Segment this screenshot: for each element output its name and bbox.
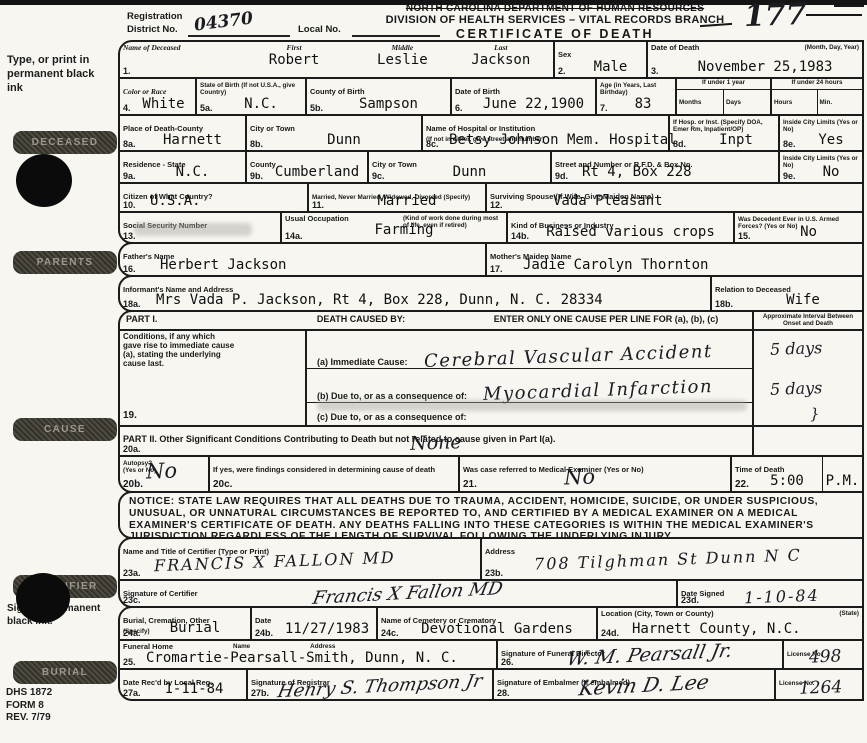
number: 8a. bbox=[123, 139, 136, 149]
number: 25. bbox=[123, 657, 136, 667]
field-embalmer-license-no: License No. 1264 bbox=[774, 670, 862, 699]
field-certifier-signature: Signature of Certifier Francis X Fallon … bbox=[120, 581, 676, 606]
value: Robert bbox=[269, 52, 320, 68]
field-citizen-of-country: Citizen of What Country? U.S.A. 10. bbox=[120, 184, 307, 211]
number: 16. bbox=[123, 264, 136, 274]
value: Farming bbox=[374, 222, 433, 238]
field-registrar-signature: Signature of Registrar Henry S. Thompson… bbox=[246, 670, 492, 699]
tab-deceased: DECEASED bbox=[13, 131, 117, 154]
value: Harnett County, N.C. bbox=[632, 621, 801, 637]
number: 18a. bbox=[123, 299, 141, 309]
value: No bbox=[800, 224, 817, 240]
value: No bbox=[564, 464, 596, 489]
middle-name-col: Middle Leslie bbox=[353, 44, 451, 68]
label: (a) Immediate Cause: bbox=[317, 357, 408, 367]
field-informant: Informant's Name and Address Mrs Vada P.… bbox=[120, 277, 710, 310]
field-kind-of-business: Kind of Business or Industry Raised vari… bbox=[506, 213, 733, 242]
form-code: DHS 1872 FORM 8 REV. 7/79 bbox=[6, 687, 52, 725]
value: 708 Tilghman St Dunn N C bbox=[534, 545, 802, 573]
field-street-number: Street and Number or R.F.D. & Box No. Rt… bbox=[550, 152, 778, 182]
cause-line-b: (b) Due to, or as a consequence of: Myoc… bbox=[307, 369, 752, 403]
signature: Kevin D. Lee bbox=[577, 670, 711, 701]
cause-lines: (a) Immediate Cause: Cerebral Vascular A… bbox=[305, 331, 752, 425]
pen-mark bbox=[834, 5, 864, 7]
pen-brace: } bbox=[810, 405, 820, 423]
value: November 25,1983 bbox=[698, 59, 833, 75]
conditions-note-cell: Conditions, if any which gave rise to im… bbox=[120, 331, 305, 425]
number: 5a. bbox=[200, 103, 213, 113]
label: Date of Death bbox=[651, 44, 699, 52]
field-mothers-maiden-name: Mother's Maiden Name Jadie Carolyn Thorn… bbox=[485, 244, 862, 275]
value: Leslie bbox=[377, 52, 428, 68]
part1-title: PART I. bbox=[126, 314, 256, 327]
number: 14b. bbox=[511, 231, 529, 241]
field-county-of-birth: County of Birth Sampson 5b. bbox=[305, 79, 450, 114]
section-burial: Burial, Cremation, Other (Specify) Buria… bbox=[118, 606, 864, 701]
sublabel: Days bbox=[726, 99, 741, 106]
field-certifier-address: Address 708 Tilghman St Dunn N C 23b. bbox=[480, 539, 862, 579]
number: 21. bbox=[463, 479, 477, 490]
sublabel: Months bbox=[679, 99, 701, 106]
label: (c) Due to, or as a consequence of: bbox=[317, 412, 467, 422]
field-date-received-local-registrar: Date Rec'd by Local Reg. 1-11-84 27a. bbox=[120, 670, 246, 699]
sublabel: Min. bbox=[820, 99, 833, 106]
type-note: Type, or print in permanent black ink bbox=[7, 54, 107, 95]
field-autopsy: Autopsy? (Yes or No) No 20b. bbox=[120, 457, 208, 491]
interval-header: Approximate Interval Between Onset and D… bbox=[752, 312, 862, 329]
sublabel: (State) bbox=[839, 610, 859, 617]
sublabel: Middle bbox=[392, 44, 414, 52]
value: Rt 4, Box 228 bbox=[582, 164, 692, 180]
form-code-line: DHS 1872 bbox=[6, 687, 52, 700]
field-fathers-name: Father's Name Herbert Jackson 16. bbox=[120, 244, 485, 275]
tab-cause: CAUSE bbox=[13, 418, 117, 441]
field-social-security-number: Social Security Number 13. bbox=[120, 213, 280, 242]
field-hospital-status: If Hosp. or Inst. (Specify DOA, Emer Rm,… bbox=[668, 116, 778, 150]
number: 4. bbox=[123, 103, 131, 113]
field-part2-conditions: PART II. Other Significant Conditions Co… bbox=[120, 427, 752, 455]
value: No bbox=[146, 458, 178, 483]
field-residence-city: City or Town Dunn 9c. bbox=[367, 152, 550, 182]
number: 28. bbox=[497, 688, 510, 698]
number: 9b. bbox=[250, 171, 263, 181]
number: 8e. bbox=[783, 139, 796, 149]
value: Jadie Carolyn Thornton bbox=[523, 257, 708, 273]
number: 8d. bbox=[673, 139, 686, 149]
field-color-or-race: Color or Race White 4. bbox=[120, 79, 195, 114]
field-residence-state: Residence - State N.C. 9a. bbox=[120, 152, 245, 182]
value: 1-10-84 bbox=[744, 586, 820, 608]
value: Devotional Gardens bbox=[421, 621, 573, 637]
field-state-of-birth: State of Birth (If not U.S.A., give Coun… bbox=[195, 79, 305, 114]
value: Sampson bbox=[359, 96, 418, 112]
field-funeral-home: Funeral Home Name Address Cromartie-Pear… bbox=[120, 641, 496, 668]
number: 27a. bbox=[123, 688, 141, 698]
field-burial-type: Burial, Cremation, Other (Specify) Buria… bbox=[120, 608, 250, 639]
value: Mrs Vada P. Jackson, Rt 4, Box 228, Dunn… bbox=[156, 292, 603, 308]
number: 23c. bbox=[123, 595, 141, 605]
part1-header: PART I. DEATH CAUSED BY: ENTER ONLY ONE … bbox=[120, 312, 752, 329]
number: 24d. bbox=[601, 628, 619, 638]
value: 498 bbox=[808, 646, 841, 667]
hole-punch-dot-bottom bbox=[16, 573, 70, 623]
field-inside-city-limits-residence: Inside City Limits (Yes or No) No 9e. bbox=[778, 152, 862, 182]
field-armed-forces: Was Decedent Ever in U.S. Armed Forces? … bbox=[733, 213, 862, 242]
label: Conditions, if any which gave rise to im… bbox=[123, 333, 235, 369]
number: 23d. bbox=[681, 595, 699, 605]
number: 20b. bbox=[123, 479, 143, 490]
field-hospital: Name of Hospital or Institution (If not … bbox=[421, 116, 668, 150]
field-cemetery-name: Name of Cemetery or Crematory Devotional… bbox=[376, 608, 596, 639]
value: Dunn bbox=[327, 132, 361, 148]
number: 3. bbox=[651, 66, 659, 76]
medical-examiner-notice: NOTICE: STATE LAW REQUIRES THAT ALL DEAT… bbox=[129, 496, 853, 539]
field-if-under-1-year: If under 1 year Months Days bbox=[675, 79, 770, 114]
value: Wife bbox=[786, 292, 820, 308]
field-medical-examiner-referral: Was case referred to Medical Examiner (Y… bbox=[458, 457, 730, 491]
cause-line-a: (a) Immediate Cause: Cerebral Vascular A… bbox=[307, 331, 752, 369]
field-director-license-no: License No. 498 bbox=[782, 641, 862, 668]
certificate-form: Name of Deceased First Robert Middle Les… bbox=[118, 40, 864, 701]
tab-parents: PARENTS bbox=[13, 251, 117, 274]
subcell-min: Min. bbox=[817, 90, 863, 114]
number: 23a. bbox=[123, 568, 141, 578]
label: Was case referred to Medical Examiner (Y… bbox=[463, 466, 644, 474]
label: Location (City, Town or County) bbox=[601, 610, 714, 618]
label: Sex bbox=[558, 51, 571, 59]
number: 9a. bbox=[123, 171, 136, 181]
form-code-line: REV. 7/79 bbox=[6, 712, 52, 725]
field-place-city-or-town: City or Town Dunn 8b. bbox=[245, 116, 421, 150]
value: Raised various crops bbox=[546, 224, 715, 240]
field-if-under-24-hours: If under 24 hours Hours Min. bbox=[770, 79, 862, 114]
value: Cromartie-Pearsall-Smith, Dunn, N. C. bbox=[146, 650, 458, 666]
sublabel: Last bbox=[494, 44, 507, 52]
signature: W. M. Pearsall Jr. bbox=[565, 640, 735, 671]
number: 13. bbox=[123, 231, 136, 241]
district-no-handwritten: 04370 bbox=[193, 8, 254, 35]
value: 11/27/1983 bbox=[285, 621, 369, 637]
number: 5b. bbox=[310, 103, 323, 113]
value: N.C. bbox=[244, 96, 278, 112]
field-embalmer-signature: Signature of Embalmer (If embalmed) Kevi… bbox=[492, 670, 774, 699]
section-deceased: Name of Deceased First Robert Middle Les… bbox=[118, 40, 864, 244]
field-date-of-birth: Date of Birth June 22,1900 6. bbox=[450, 79, 595, 114]
field-usual-occupation: Usual Occupation (Kind of work done duri… bbox=[280, 213, 506, 242]
label: If yes, were findings considered in dete… bbox=[213, 466, 435, 474]
number: 6. bbox=[455, 103, 463, 113]
value: Cerebral Vascular Accident bbox=[423, 341, 712, 372]
label: If under 1 year bbox=[677, 79, 770, 86]
value: Yes bbox=[818, 132, 843, 148]
field-date-of-death: Date of Death (Month, Day, Year) Novembe… bbox=[646, 42, 862, 77]
number: 20c. bbox=[213, 479, 232, 490]
district-no-label: District No. bbox=[127, 24, 178, 35]
number: 9c. bbox=[372, 171, 385, 181]
part1-caused-by: DEATH CAUSED BY: bbox=[256, 314, 466, 327]
cause-line-c: (c) Due to, or as a consequence of: bbox=[307, 403, 752, 423]
field-residence-county: County Cumberland 9b. bbox=[245, 152, 367, 182]
field-sex: Sex Male 2. bbox=[553, 42, 646, 77]
value: Cumberland bbox=[275, 164, 359, 180]
subcell-months: Months bbox=[677, 90, 723, 114]
time-value-subcell: Time of Death 5:00 22. bbox=[732, 457, 822, 491]
field-findings-considered: If yes, were findings considered in dete… bbox=[208, 457, 458, 491]
number: 8b. bbox=[250, 139, 263, 149]
registration-label: Registration bbox=[127, 11, 182, 22]
number: 24a. bbox=[123, 628, 141, 638]
field-marital-status: Married, Never Married, Widowed, Divorce… bbox=[307, 184, 485, 211]
interval-empty bbox=[752, 427, 862, 455]
number: 20a. bbox=[123, 444, 141, 454]
subcell-hours: Hours bbox=[772, 90, 817, 114]
field-surviving-spouse: Surviving Spouse (If Wife, Give Maiden N… bbox=[485, 184, 862, 211]
number: 9d. bbox=[555, 171, 568, 181]
value: No bbox=[823, 164, 840, 180]
number: 22. bbox=[735, 479, 749, 490]
value: N.C. bbox=[176, 164, 210, 180]
value: 5 days bbox=[770, 338, 823, 359]
label: Name of Deceased bbox=[123, 44, 235, 68]
value: 5 days bbox=[770, 378, 823, 399]
field-relation-to-deceased: Relation to Deceased Wife 18b. bbox=[710, 277, 862, 310]
label: Address bbox=[485, 548, 515, 556]
part1-enter-note: ENTER ONLY ONE CAUSE PER LINE FOR (a), (… bbox=[466, 314, 746, 327]
first-name-col: First Robert bbox=[235, 44, 353, 68]
section-parents: Father's Name Herbert Jackson 16. Mother… bbox=[118, 242, 864, 277]
section-notice: NOTICE: STATE LAW REQUIRES THAT ALL DEAT… bbox=[118, 491, 864, 539]
number: 18b. bbox=[715, 299, 733, 309]
label: Age (in Years, Last Birthday) bbox=[600, 82, 672, 96]
ampm-subcell: P.M. bbox=[822, 457, 862, 491]
value: Male bbox=[594, 59, 628, 75]
serial-number-handwritten: 177 bbox=[743, 0, 807, 34]
number: 19. bbox=[123, 410, 137, 421]
number: 15. bbox=[738, 231, 751, 241]
last-name-col: Last Jackson bbox=[452, 44, 550, 68]
field-date-signed: Date Signed 1-10-84 23d. bbox=[676, 581, 862, 606]
section-certifier: Name and Title of Certifier (Type or Pri… bbox=[118, 537, 864, 608]
value: Herbert Jackson bbox=[160, 257, 286, 273]
sublabel: (Month, Day, Year) bbox=[805, 44, 859, 51]
signature: Francis X Fallon MD bbox=[311, 578, 505, 609]
field-age: Age (in Years, Last Birthday) 83 7. bbox=[595, 79, 675, 114]
field-cemetery-location: Location (City, Town or County) (State) … bbox=[596, 608, 862, 639]
number: 27b. bbox=[251, 688, 269, 698]
number: 7. bbox=[600, 103, 608, 113]
number: 23b. bbox=[485, 568, 503, 578]
number: 9e. bbox=[783, 171, 796, 181]
number: 24b. bbox=[255, 628, 273, 638]
value: Dunn bbox=[453, 164, 487, 180]
number: 14a. bbox=[285, 231, 303, 241]
value: Vada Pleasant bbox=[553, 193, 663, 209]
sublabel: Hours bbox=[774, 99, 792, 106]
value: White bbox=[142, 96, 184, 112]
number: 24c. bbox=[381, 628, 399, 638]
form-code-line: FORM 8 bbox=[6, 700, 52, 713]
number: 17. bbox=[490, 264, 503, 274]
label: State of Birth (If not U.S.A., give Coun… bbox=[200, 82, 302, 96]
value: 5:00 bbox=[770, 473, 804, 489]
field-time-of-death: Time of Death 5:00 22. P.M. bbox=[730, 457, 862, 491]
label: If under 24 hours bbox=[772, 79, 862, 86]
number: 26. bbox=[501, 657, 514, 667]
interval-values: 5 days 5 days } bbox=[752, 331, 862, 425]
section-cause: PART I. DEATH CAUSED BY: ENTER ONLY ONE … bbox=[118, 310, 864, 493]
field-funeral-director-signature: Signature of Funeral Director W. M. Pear… bbox=[496, 641, 782, 668]
number: 2. bbox=[558, 66, 566, 76]
value: Married bbox=[377, 193, 436, 209]
value: Burial bbox=[170, 620, 221, 636]
field-burial-date: Date 11/27/1983 24b. bbox=[250, 608, 376, 639]
value: June 22,1900 bbox=[483, 96, 584, 112]
number: 8c. bbox=[426, 139, 439, 149]
value: None bbox=[410, 431, 462, 455]
ssn-redaction-smudge bbox=[134, 223, 252, 236]
field-place-of-death-county: Place of Death-County Harnett 8a. bbox=[120, 116, 245, 150]
label: Date bbox=[255, 617, 271, 625]
field-name-of-deceased: Name of Deceased First Robert Middle Les… bbox=[120, 42, 553, 77]
death-certificate-scan: Type, or print in permanent black ink DE… bbox=[0, 0, 867, 743]
subcell-days: Days bbox=[723, 90, 770, 114]
value: 1-11-84 bbox=[164, 681, 223, 697]
number: 12. bbox=[490, 200, 503, 210]
section-informant: Informant's Name and Address Mrs Vada P.… bbox=[118, 275, 864, 312]
field-inside-city-limits-death: Inside City Limits (Yes or No) Yes 8e. bbox=[778, 116, 862, 150]
value: Jackson bbox=[471, 52, 530, 68]
label: Approximate Interval Between Onset and D… bbox=[756, 313, 860, 327]
number: 11. bbox=[312, 200, 324, 210]
tab-burial: BURIAL bbox=[13, 661, 117, 684]
value: Inpt bbox=[719, 132, 753, 148]
signature: Henry S. Thompson Jr bbox=[276, 671, 484, 703]
sublabel: First bbox=[287, 44, 302, 52]
hole-punch-dot-top bbox=[16, 154, 72, 207]
value: Betsy Johnson Mem. Hospital bbox=[449, 132, 677, 148]
number: 10. bbox=[123, 200, 136, 210]
value: 1264 bbox=[799, 677, 843, 698]
value: P.M. bbox=[826, 473, 860, 489]
field-certifier-name: Name and Title of Certifier (Type or Pri… bbox=[120, 539, 480, 579]
value: U.S.A. bbox=[150, 193, 201, 209]
label: PART II. Other Significant Conditions Co… bbox=[123, 434, 555, 444]
value: 83 bbox=[635, 96, 652, 112]
value: Harnett bbox=[163, 132, 222, 148]
number: 1. bbox=[123, 66, 131, 76]
pen-mark bbox=[806, 14, 862, 16]
